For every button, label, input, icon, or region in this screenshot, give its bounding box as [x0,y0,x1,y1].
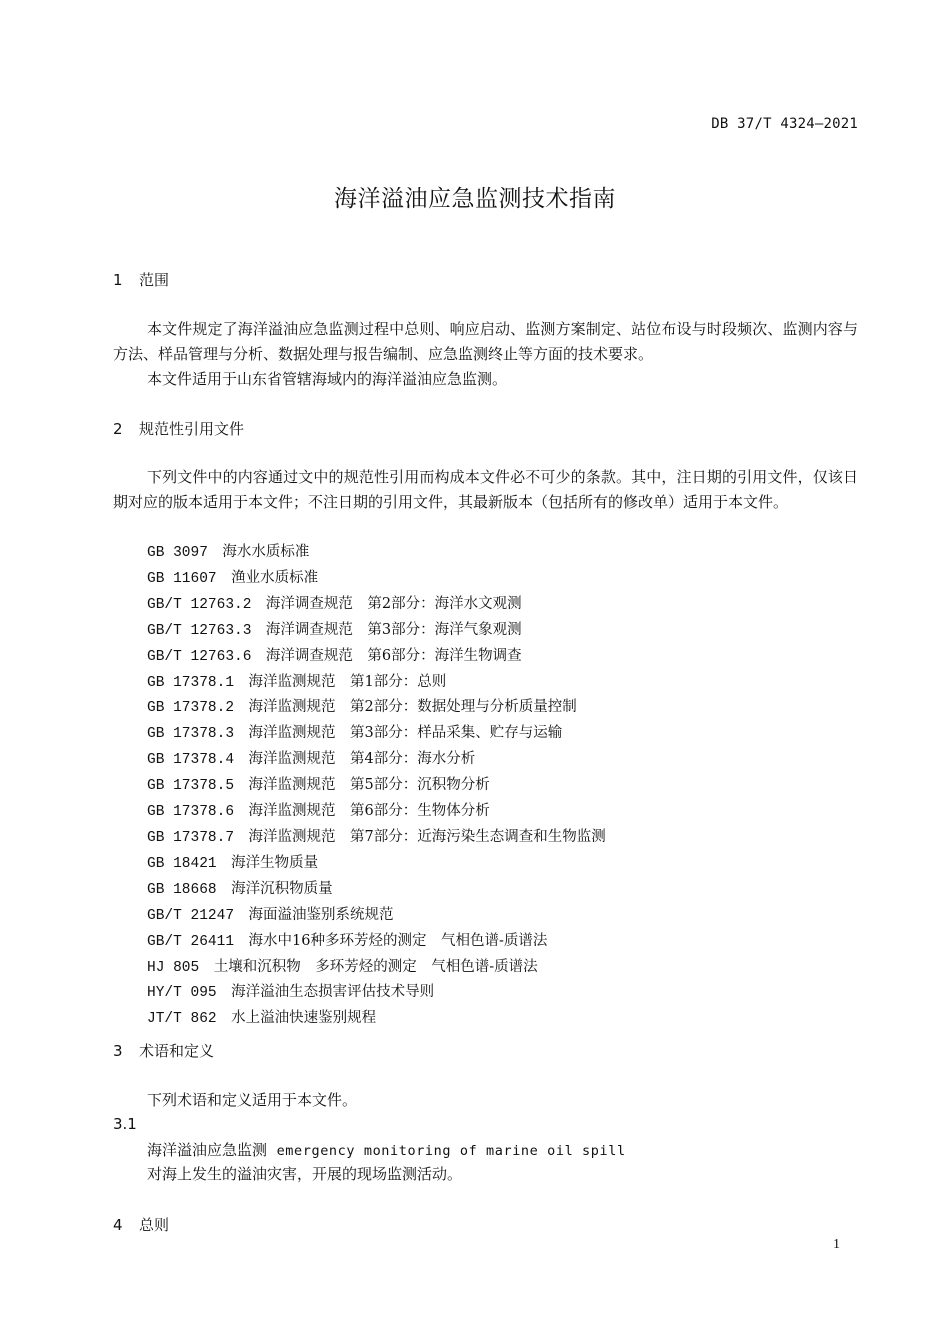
reference-item: HY/T 095 海洋溢油生态损害评估技术导则 [147,980,606,1006]
section-title: 总则 [139,1216,169,1234]
section-number: 4 [113,1216,139,1234]
reference-code: GB 18421 [147,856,217,872]
reference-item: GB 17378.4 海洋监测规范 第4部分：海水分析 [147,747,606,773]
document-page: DB 37/T 4324—2021 海洋溢油应急监测技术指南 1范围 本文件规定… [0,0,950,1344]
term-entry: 海洋溢油应急监测 emergency monitoring of marine … [147,1139,626,1160]
section-3-heading: 3术语和定义 [113,1040,214,1061]
reference-item: GB 17378.2 海洋监测规范 第2部分：数据处理与分析质量控制 [147,695,606,721]
reference-name: 海洋沉积物质量 [231,881,333,897]
reference-code: GB/T 12763.6 [147,649,251,665]
reference-code: GB 17378.2 [147,700,234,716]
reference-name: 海水中16种多环芳烃的测定 气相色谱-质谱法 [249,933,548,949]
reference-item: GB/T 21247 海面溢油鉴别系统规范 [147,903,606,929]
page-number: 1 [833,1237,840,1253]
reference-code: GB 18668 [147,882,217,898]
reference-item: JT/T 862 水上溢油快速鉴别规程 [147,1006,606,1032]
reference-code: GB 11607 [147,571,217,587]
reference-code: GB 3097 [147,545,208,561]
scope-paragraph-2: 本文件适用于山东省管辖海域内的海洋溢油应急监测。 [113,367,858,392]
reference-code: HJ 805 [147,960,199,976]
reference-code: GB/T 12763.2 [147,597,251,613]
reference-name: 海洋监测规范 第4部分：海水分析 [249,751,476,767]
reference-code: GB 17378.7 [147,830,234,846]
section-1-heading: 1范围 [113,269,169,290]
reference-name: 海洋调查规范 第2部分：海洋水文观测 [266,596,522,612]
reference-name: 海面溢油鉴别系统规范 [249,907,394,923]
reference-item: GB 18668 海洋沉积物质量 [147,877,606,903]
reference-name: 海洋监测规范 第5部分：沉积物分析 [249,777,490,793]
reference-code: GB 17378.1 [147,675,234,691]
reference-name: 海洋监测规范 第6部分：生物体分析 [249,803,490,819]
terms-intro-paragraph: 下列术语和定义适用于本文件。 [113,1088,858,1113]
reference-item: GB 18421 海洋生物质量 [147,851,606,877]
reference-name: 海洋监测规范 第3部分：样品采集、贮存与运输 [249,725,563,741]
reference-code: GB/T 21247 [147,908,234,924]
reference-code: GB/T 12763.3 [147,623,251,639]
reference-name: 海洋监测规范 第7部分：近海污染生态调查和生物监测 [249,829,606,845]
reference-list: GB 3097 海水水质标准 GB 11607 渔业水质标准 GB/T 1276… [147,540,606,1032]
references-intro-paragraph: 下列文件中的内容通过文中的规范性引用而构成本文件必不可少的条款。其中，注日期的引… [113,465,858,515]
section-4-heading: 4总则 [113,1214,169,1235]
reference-item: GB/T 26411 海水中16种多环芳烃的测定 气相色谱-质谱法 [147,929,606,955]
document-title: 海洋溢油应急监测技术指南 [0,180,950,213]
reference-code: GB 17378.4 [147,752,234,768]
reference-code: HY/T 095 [147,985,217,1001]
reference-item: GB/T 12763.2 海洋调查规范 第2部分：海洋水文观测 [147,592,606,618]
reference-name: 海水水质标准 [222,544,309,560]
reference-item: GB 17378.5 海洋监测规范 第5部分：沉积物分析 [147,773,606,799]
section-number: 2 [113,420,139,438]
reference-name: 海洋监测规范 第1部分：总则 [249,674,447,690]
reference-name: 海洋调查规范 第6部分：海洋生物调查 [266,648,522,664]
section-title: 规范性引用文件 [139,420,244,438]
reference-name: 海洋溢油生态损害评估技术导则 [231,984,434,1000]
reference-name: 海洋调查规范 第3部分：海洋气象观测 [266,622,522,638]
reference-item: GB 3097 海水水质标准 [147,540,606,566]
reference-item: HJ 805 土壤和沉积物 多环芳烃的测定 气相色谱-质谱法 [147,955,606,981]
reference-item: GB/T 12763.3 海洋调查规范 第3部分：海洋气象观测 [147,618,606,644]
section-number: 3 [113,1042,139,1060]
term-definition: 对海上发生的溢油灾害，开展的现场监测活动。 [113,1162,858,1187]
section-title: 术语和定义 [139,1042,214,1060]
reference-code: GB/T 26411 [147,934,234,950]
scope-paragraph-1: 本文件规定了海洋溢油应急监测过程中总则、响应启动、监测方案制定、站位布设与时段频… [113,317,858,367]
reference-name: 海洋生物质量 [231,855,318,871]
reference-code: JT/T 862 [147,1011,217,1027]
section-number: 1 [113,271,139,289]
reference-name: 水上溢油快速鉴别规程 [231,1010,376,1026]
reference-name: 渔业水质标准 [231,570,318,586]
standard-code: DB 37/T 4324—2021 [711,116,858,132]
term-number: 3.1 [113,1115,137,1133]
reference-name: 土壤和沉积物 多环芳烃的测定 气相色谱-质谱法 [214,959,538,975]
term-english: emergency monitoring of marine oil spill [277,1143,626,1159]
term-chinese: 海洋溢油应急监测 [147,1141,267,1159]
reference-code: GB 17378.5 [147,778,234,794]
section-title: 范围 [139,271,169,289]
section-2-heading: 2规范性引用文件 [113,418,244,439]
reference-code: GB 17378.3 [147,726,234,742]
reference-item: GB 17378.7 海洋监测规范 第7部分：近海污染生态调查和生物监测 [147,825,606,851]
reference-code: GB 17378.6 [147,804,234,820]
reference-item: GB/T 12763.6 海洋调查规范 第6部分：海洋生物调查 [147,644,606,670]
reference-name: 海洋监测规范 第2部分：数据处理与分析质量控制 [249,699,577,715]
reference-item: GB 11607 渔业水质标准 [147,566,606,592]
reference-item: GB 17378.3 海洋监测规范 第3部分：样品采集、贮存与运输 [147,721,606,747]
reference-item: GB 17378.1 海洋监测规范 第1部分：总则 [147,670,606,696]
reference-item: GB 17378.6 海洋监测规范 第6部分：生物体分析 [147,799,606,825]
